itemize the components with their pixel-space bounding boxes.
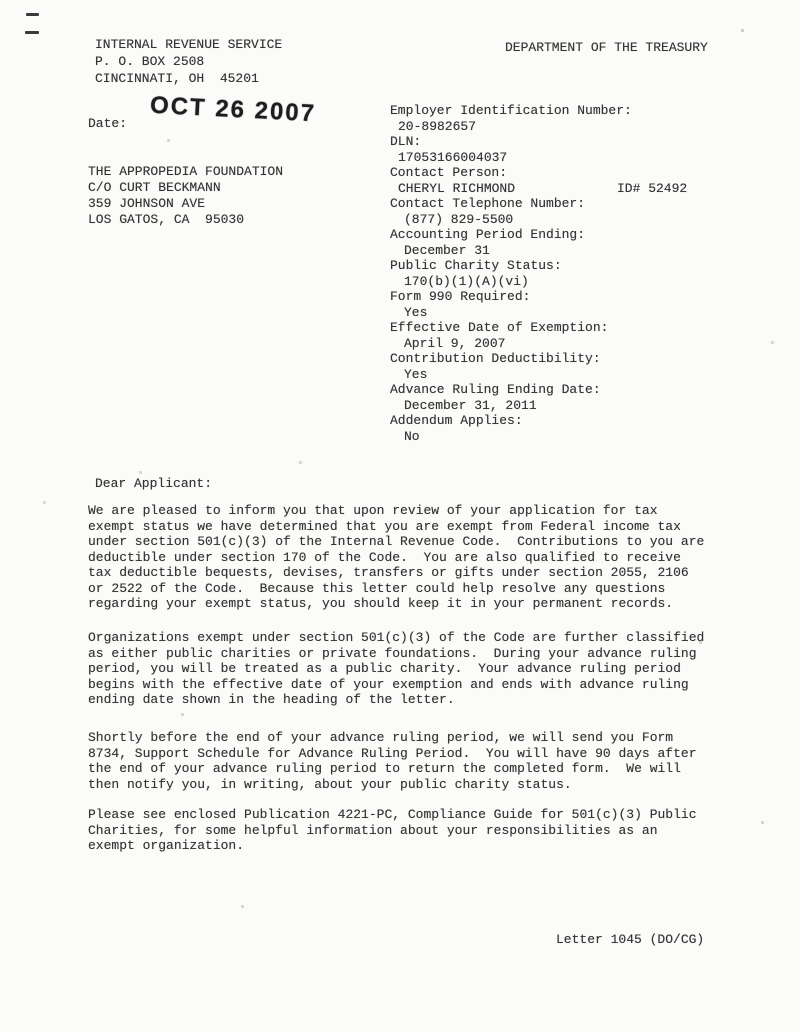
sender-address-block: INTERNAL REVENUE SERVICE P. O. BOX 2508 … xyxy=(95,36,282,87)
detail-value: December 31, 2011 xyxy=(390,398,720,414)
detail-label: Employer Identification Number: xyxy=(390,103,720,119)
detail-value: 20-8982657 xyxy=(390,119,720,135)
detail-value: (877) 829-5500 xyxy=(390,212,720,228)
scan-noise xyxy=(0,0,1,1)
detail-row: Contribution Deductibility: Yes xyxy=(390,351,720,382)
detail-row: Addendum Applies: No xyxy=(390,413,720,444)
detail-value: Yes xyxy=(390,367,720,383)
detail-row: Contact Telephone Number: (877) 829-5500 xyxy=(390,196,720,227)
detail-label: Public Charity Status: xyxy=(390,258,720,274)
body-paragraph-1: We are pleased to inform you that upon r… xyxy=(88,503,738,612)
detail-row: Accounting Period Ending: December 31 xyxy=(390,227,720,258)
detail-label: DLN: xyxy=(390,134,720,150)
detail-value: Yes xyxy=(390,305,720,321)
body-paragraph-3: Shortly before the end of your advance r… xyxy=(88,730,738,792)
body-paragraph-2: Organizations exempt under section 501(c… xyxy=(88,630,738,708)
detail-row: Advance Ruling Ending Date: December 31,… xyxy=(390,382,720,413)
detail-value: April 9, 2007 xyxy=(390,336,720,352)
detail-value: 17053166004037 xyxy=(390,150,720,166)
scan-artifact xyxy=(26,13,39,16)
recipient-line: 359 JOHNSON AVE xyxy=(88,196,283,212)
scan-artifact xyxy=(25,31,39,34)
sender-line: P. O. BOX 2508 xyxy=(95,53,282,70)
detail-label: Accounting Period Ending: xyxy=(390,227,720,243)
detail-label: Effective Date of Exemption: xyxy=(390,320,720,336)
detail-row: Form 990 Required: Yes xyxy=(390,289,720,320)
recipient-address-block: THE APPROPEDIA FOUNDATION C/O CURT BECKM… xyxy=(88,164,283,228)
sender-line: INTERNAL REVENUE SERVICE xyxy=(95,36,282,53)
detail-label: Advance Ruling Ending Date: xyxy=(390,382,720,398)
detail-value: 170(b)(1)(A)(vi) xyxy=(390,274,720,290)
detail-label: Contact Person: xyxy=(390,165,720,181)
contact-person-name: CHERYL RICHMOND xyxy=(398,181,515,196)
detail-value: December 31 xyxy=(390,243,720,259)
detail-value: No xyxy=(390,429,720,445)
detail-label: Contribution Deductibility: xyxy=(390,351,720,367)
sender-line: CINCINNATI, OH 45201 xyxy=(95,70,282,87)
detail-row: DLN: 17053166004037 xyxy=(390,134,720,165)
date-label: Date: xyxy=(88,116,127,132)
scanned-letter-page: INTERNAL REVENUE SERVICE P. O. BOX 2508 … xyxy=(0,0,800,1032)
contact-person-id: ID# 52492 xyxy=(617,181,687,197)
detail-row: Employer Identification Number: 20-89826… xyxy=(390,103,720,134)
letter-form-number: Letter 1045 (DO/CG) xyxy=(556,932,704,948)
detail-label: Form 990 Required: xyxy=(390,289,720,305)
detail-row: Effective Date of Exemption: April 9, 20… xyxy=(390,320,720,351)
body-paragraph-4: Please see enclosed Publication 4221-PC,… xyxy=(88,807,738,854)
detail-label: Addendum Applies: xyxy=(390,413,720,429)
detail-label: Contact Telephone Number: xyxy=(390,196,720,212)
detail-row: Contact Person: CHERYL RICHMOND ID# 5249… xyxy=(390,165,720,196)
recipient-line: THE APPROPEDIA FOUNDATION xyxy=(88,164,283,180)
case-details-list: Employer Identification Number: 20-89826… xyxy=(390,103,720,444)
salutation: Dear Applicant: xyxy=(95,476,212,492)
recipient-line: LOS GATOS, CA 95030 xyxy=(88,212,283,228)
department-heading: DEPARTMENT OF THE TREASURY xyxy=(505,40,708,56)
recipient-line: C/O CURT BECKMANN xyxy=(88,180,283,196)
detail-value: CHERYL RICHMOND ID# 52492 xyxy=(390,181,720,197)
date-stamp: OCT 26 2007 xyxy=(150,98,317,122)
detail-row: Public Charity Status: 170(b)(1)(A)(vi) xyxy=(390,258,720,289)
